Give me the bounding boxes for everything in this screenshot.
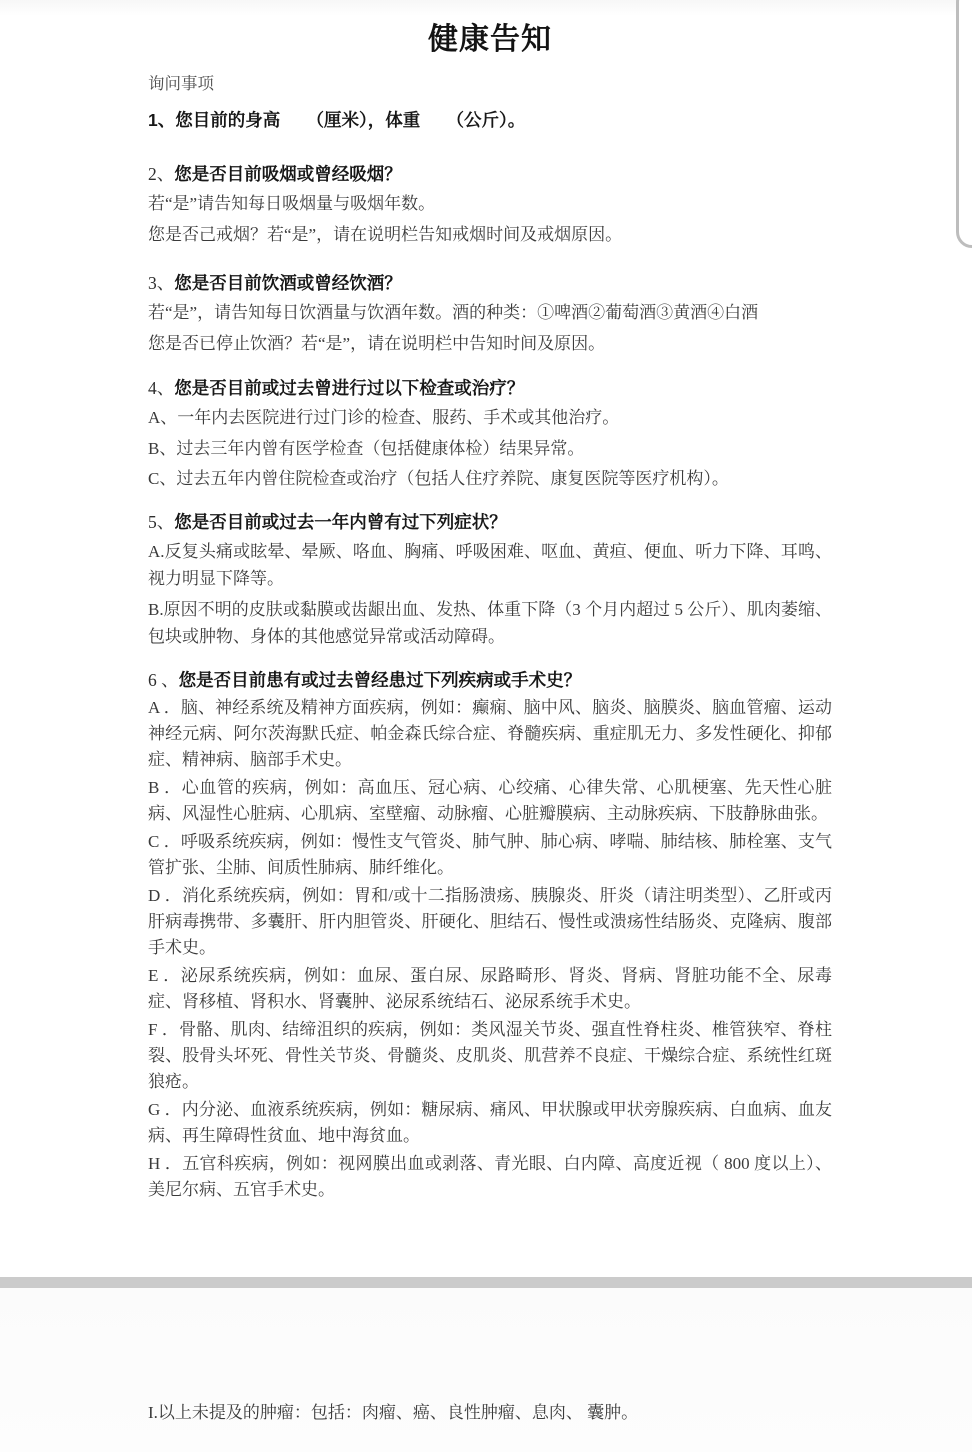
question-6-item-g: G ．内分泌、血液系统疾病，例如：糖尿病、痛风、甲状腺或甲状旁腺疾病、白血病、血… [148,1097,832,1149]
page-content: 健康告知 询问事项 1、您目前的身高 （厘米），体重 （公斤）。 2、您是否目前… [148,0,832,1203]
question-4: 4、您是否目前或过去曾进行过以下检查或治疗？ A、一年内去医院进行过门诊的检查、… [148,375,832,493]
question-5-text: 您是否目前或过去一年内曾有过下列症状？ [174,512,507,532]
question-6-heading: 6 、您是否目前患有或过去曾经患过下列疾病或手术史？ [148,667,832,693]
question-1: 1、您目前的身高 （厘米），体重 （公斤）。 [148,107,832,133]
question-2-number: 2、 [148,164,174,184]
page-title: 健康告知 [148,22,832,58]
question-1-heading: 1、您目前的身高 （厘米），体重 （公斤）。 [148,107,832,133]
question-3-number: 3、 [148,273,174,293]
question-2: 2、您是否目前吸烟或曾经吸烟？ 若“是”请告知每日吸烟量与吸烟年数。 您是否己戒… [148,161,832,248]
question-1-text: 您目前的身高 （厘米），体重 （公斤）。 [175,110,525,130]
question-3-body-line: 您是否已停止饮酒？若“是”，请在说明栏中告知时间及原因。 [148,330,832,358]
document-page-2: I.以上未提及的肿瘤：包括：肉瘤、癌、良性肿瘤、息肉、 囊肿。 [0,1288,972,1452]
question-2-body-line: 若“是”请告知每日吸烟量与吸烟年数。 [148,190,832,218]
question-3-heading: 3、您是否目前饮酒或曾经饮酒？ [148,270,832,296]
question-6-item-i: I.以上未提及的肿瘤：包括：肉瘤、癌、良性肿瘤、息肉、 囊肿。 [148,1400,832,1426]
question-6-number: 6 、 [148,670,179,690]
question-3-text: 您是否目前饮酒或曾经饮酒？ [174,273,402,293]
question-5-heading: 5、您是否目前或过去一年内曾有过下列症状？ [148,509,832,535]
scrollbar-thumb[interactable] [956,0,972,248]
question-2-body-line: 您是否己戒烟？若“是”，请在说明栏告知戒烟时间及戒烟原因。 [148,221,832,249]
question-3: 3、您是否目前饮酒或曾经饮酒？ 若“是”，请告知每日饮酒量与饮酒年数。酒的种类：… [148,270,832,357]
question-3-body-line: 若“是”，请告知每日饮酒量与饮酒年数。酒的种类：①啤酒②葡萄酒③黄酒④白酒 [148,299,832,327]
question-5-item-a: A.反复头痛或眩晕、晕厥、咯血、胸痛、呼吸困难、呕血、黄疸、便血、听力下降、耳鸣… [148,538,832,593]
page-break-divider [0,1277,972,1288]
question-6: 6 、您是否目前患有或过去曾经患过下列疾病或手术史？ A ．脑、神经系统及精神方… [148,667,832,1203]
question-4-item-b: B、过去三年内曾有医学检查（包括健康体检）结果异常。 [148,435,832,463]
question-6-item-h: H ．五官科疾病，例如：视网膜出血或剥落、青光眼、白内障、高度近视（ 800 度… [148,1151,832,1203]
question-6-item-b: B ．心血管的疾病，例如：高血压、冠心病、心绞痛、心律失常、心肌梗塞、先天性心脏… [148,775,832,827]
question-6-item-c: C ．呼吸系统疾病，例如：慢性支气管炎、肺气肿、肺心病、哮喘、肺结核、肺栓塞、支… [148,829,832,881]
question-4-number: 4、 [148,378,174,398]
document-page-1: 健康告知 询问事项 1、您目前的身高 （厘米），体重 （公斤）。 2、您是否目前… [0,0,972,1277]
question-4-item-c: C、过去五年内曾住院检查或治疗（包括人住疗养院、康复医院等医疗机构）。 [148,465,832,493]
question-4-text: 您是否目前或过去曾进行过以下检查或治疗？ [174,378,524,398]
question-6-item-d: D ．消化系统疾病，例如：胃和/或十二指肠溃疡、胰腺炎、肝炎（请注明类型）、乙肝… [148,883,832,961]
question-6-text: 您是否目前患有或过去曾经患过下列疾病或手术史？ [179,670,582,690]
question-2-heading: 2、您是否目前吸烟或曾经吸烟？ [148,161,832,187]
question-6-item-a: A ．脑、神经系统及精神方面疾病，例如：癫痫、脑中风、脑炎、脑膜炎、脑血管瘤、运… [148,695,832,773]
question-6-item-f: F ．骨骼、肌肉、结缔沮织的疾病，例如：类风湿关节炎、强直性脊柱炎、椎管狭窄、脊… [148,1017,832,1095]
intro-label: 询问事项 [148,73,832,95]
question-6-item-e: E ．泌尿系统疾病，例如：血尿、蛋白尿、尿路畸形、肾炎、肾病、肾脏功能不全、尿毒… [148,963,832,1015]
question-5: 5、您是否目前或过去一年内曾有过下列症状？ A.反复头痛或眩晕、晕厥、咯血、胸痛… [148,509,832,651]
question-5-item-b: B.原因不明的皮肤或黏膜或齿龈出血、发热、体重下降（3 个月内超过 5 公斤）、… [148,596,832,651]
question-4-heading: 4、您是否目前或过去曾进行过以下检查或治疗？ [148,375,832,401]
question-2-text: 您是否目前吸烟或曾经吸烟？ [174,164,402,184]
question-4-item-a: A、一年内去医院进行过门诊的检查、服药、手术或其他治疗。 [148,404,832,432]
question-1-number: 1、 [148,110,175,130]
question-5-number: 5、 [148,512,174,532]
